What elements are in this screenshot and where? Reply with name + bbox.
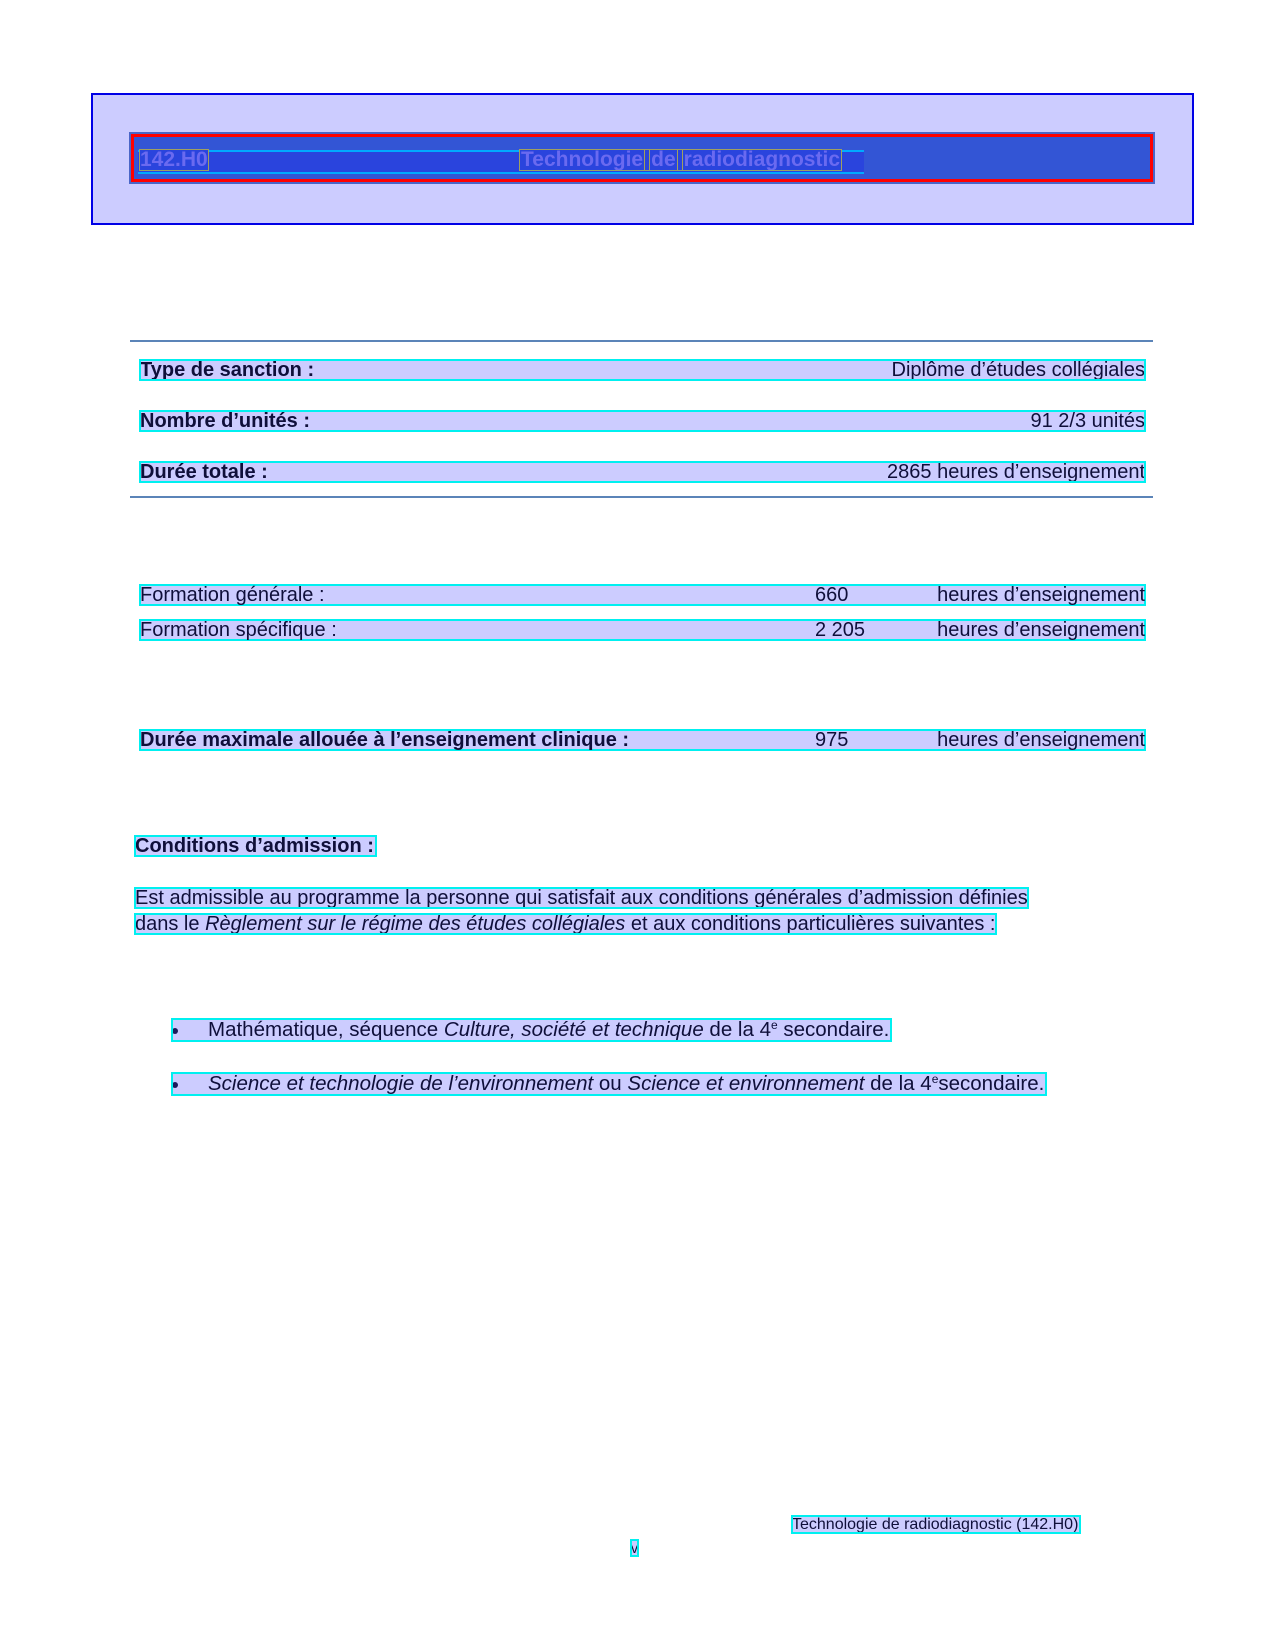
program-code: 142.H0 — [140, 150, 208, 170]
clinical-hours: 975 — [815, 730, 848, 750]
text-run: Mathématique, séquence — [208, 1018, 444, 1041]
text-run: de la 4 — [864, 1072, 931, 1095]
summary-label: Type de sanction : — [140, 360, 314, 380]
summary-top-rule — [130, 340, 1153, 342]
footer-program-title: Technologie de radiodiagnostic (142.H0) — [792, 1516, 1080, 1533]
formation-row-generale: Formation générale : 660 heures d’enseig… — [140, 585, 1145, 605]
clinical-unit: heures d’enseignement — [937, 730, 1145, 750]
clinical-row: Durée maximale allouée à l’enseignement … — [140, 730, 1145, 750]
clinical-label: Durée maximale allouée à l’enseignement … — [140, 730, 629, 750]
program-title-word: radiodiagnostic — [683, 150, 841, 170]
text-run: secondaire. — [938, 1072, 1044, 1095]
conditions-heading: Conditions d’admission : — [135, 836, 376, 856]
formation-hours: 2 205 — [815, 620, 865, 640]
regulation-title: Règlement sur le régime des études collé… — [205, 913, 625, 935]
admission-condition-item: Science et technologie de l’environnemen… — [172, 1073, 1046, 1095]
summary-row-sanction: Type de sanction : Diplôme d’études coll… — [140, 360, 1145, 380]
program-title: Technologie de radiodiagnostic — [520, 150, 841, 170]
text-run: de la 4 — [704, 1018, 771, 1041]
bullet-icon — [172, 1082, 178, 1088]
text-run-italic: Science et environnement — [627, 1072, 864, 1095]
summary-row-units: Nombre d’unités : 91 2/3 unités — [140, 411, 1145, 431]
text-run: ou — [593, 1072, 627, 1095]
text-run: secondaire. — [778, 1018, 890, 1041]
admission-condition-item: Mathématique, séquence Culture, société … — [172, 1019, 891, 1041]
formation-unit: heures d’enseignement — [937, 585, 1145, 605]
text-run: dans le — [135, 913, 205, 935]
conditions-paragraph-line-2: dans le Règlement sur le régime des étud… — [135, 914, 996, 934]
text-run-italic: Science et technologie de l’environnemen… — [208, 1072, 593, 1095]
program-title-word: Technologie — [520, 150, 644, 170]
text-run: et aux conditions particulières suivante… — [625, 913, 995, 935]
program-title-word: de — [650, 150, 677, 170]
formation-hours: 660 — [815, 585, 848, 605]
summary-value: 2865 heures d’enseignement — [887, 462, 1145, 482]
summary-label: Durée totale : — [140, 462, 268, 482]
summary-label: Nombre d’unités : — [140, 411, 310, 431]
superscript: e — [771, 1018, 778, 1032]
page-number: v — [631, 1540, 638, 1556]
summary-bottom-rule — [130, 496, 1153, 498]
summary-value: Diplôme d’études collégiales — [892, 360, 1145, 380]
summary-value: 91 2/3 unités — [1030, 411, 1145, 431]
summary-row-duration: Durée totale : 2865 heures d’enseignemen… — [140, 462, 1145, 482]
formation-unit: heures d’enseignement — [937, 620, 1145, 640]
conditions-paragraph-line-1: Est admissible au programme la personne … — [135, 888, 1028, 908]
text-run-italic: Culture, société et technique — [444, 1018, 704, 1041]
formation-row-specifique: Formation spécifique : 2 205 heures d’en… — [140, 620, 1145, 640]
formation-label: Formation générale : — [140, 585, 325, 605]
bullet-icon — [172, 1028, 178, 1034]
formation-label: Formation spécifique : — [140, 620, 337, 640]
